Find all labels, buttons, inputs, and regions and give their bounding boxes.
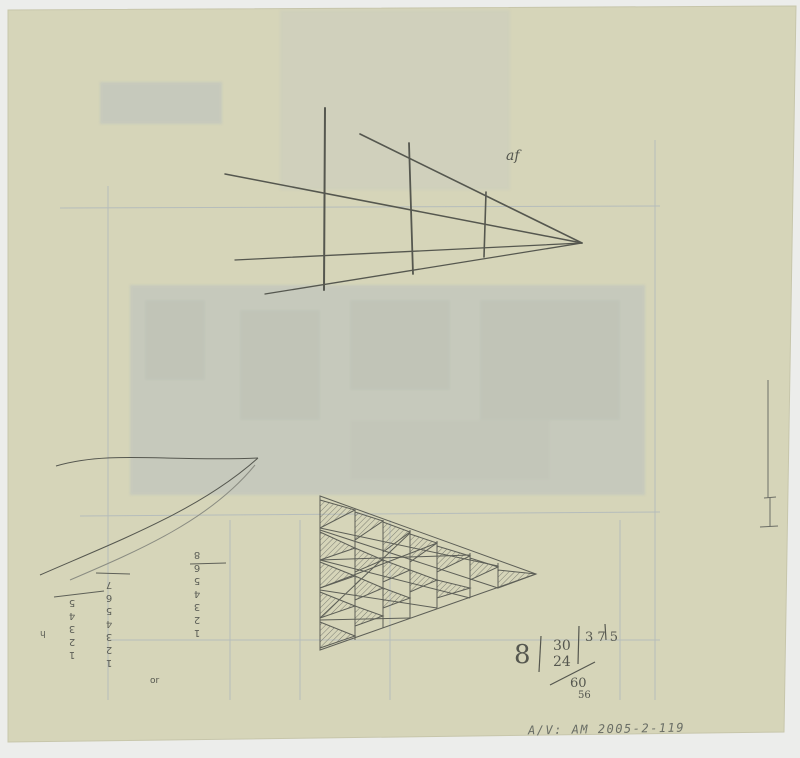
number-column-middle: 1 2 3 4 5 6 7 — [102, 578, 116, 669]
calc-subtract-1: 24 — [553, 654, 571, 670]
calc-quotient: 3 7 5 — [585, 630, 618, 645]
calc-dividend: 30 — [553, 638, 571, 654]
calc-remainder: 60 — [570, 676, 587, 691]
calc-subtract-2: 56 — [578, 690, 591, 701]
annotation-mark-h: h — [40, 628, 46, 638]
archive-inscription: A/V: AM 2005-2-119 — [528, 721, 685, 738]
calc-divisor: 8 — [514, 640, 531, 670]
sketch-canvas — [0, 0, 800, 758]
drawing-sheet: af or h 8 30 24 3 7 5 60 56 1 2 3 4 5 1 … — [0, 0, 800, 758]
annotation-mark-or: or — [150, 676, 159, 686]
number-column-right: 1 2 3 4 5 6 8 — [190, 548, 204, 639]
number-column-left: 1 2 3 4 5 — [66, 596, 78, 661]
annotation-mark-af: af — [506, 148, 520, 164]
